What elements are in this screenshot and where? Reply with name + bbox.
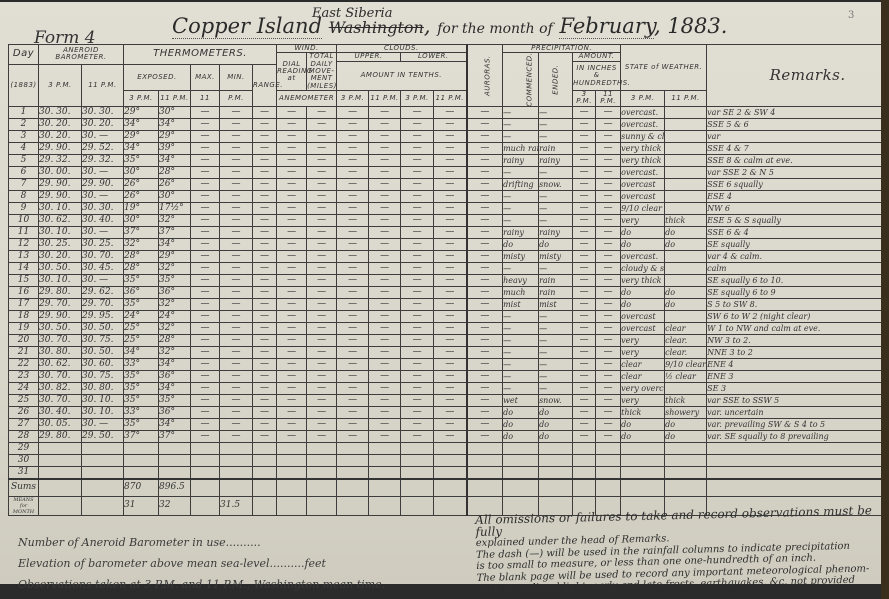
dash-cell: — [434,406,467,418]
cell-rem: var SSE to SSW 5 [707,394,889,406]
dash-cell: — [337,118,369,130]
cell-prec_e: snow. [539,394,573,406]
dash-cell: — [596,226,621,238]
dash-cell: — [191,418,220,430]
cell-prec_e: mist [539,298,573,310]
cell-t11: 32° [159,322,191,334]
dash-cell: — [220,406,253,418]
dash-cell: — [337,142,369,154]
dash-cell: — [401,238,434,250]
dash-cell: — [401,358,434,370]
dash-cell: — [307,106,337,118]
dash-cell: — [434,358,467,370]
cell-bar11: 30. — [82,226,124,238]
dash-cell: — [220,394,253,406]
cell-rem: SW 6 to W 2 (night clear) [707,310,889,322]
dash-cell: — [307,250,337,262]
cell-rem: var. SE squally to 8 prevailing [707,430,889,442]
dash-cell: — [573,274,596,286]
cell-t11 [159,466,191,479]
dash-cell: — [573,106,596,118]
cell-w3: very [621,334,665,346]
cell-w3: do [621,430,665,442]
dash-cell: — [434,154,467,166]
cell-bar3: 29. 90. [39,190,82,202]
cell-prec_c [503,454,539,466]
dash-cell: — [596,346,621,358]
cell-rem: var [707,130,889,142]
dash-cell: — [220,166,253,178]
month: February [559,14,654,39]
cell-t3: 35° [124,382,159,394]
cell-w3: very thick [621,142,665,154]
footer-instructions-right: All omissions or failures to take and re… [475,505,887,595]
dash-cell: — [573,238,596,250]
dash-cell: — [337,274,369,286]
dash-cell: — [253,382,277,394]
cell-prec_e: misty [539,250,573,262]
dash-cell [401,454,434,466]
dash-cell: — [467,142,503,154]
dash-cell: — [191,226,220,238]
cell-rem: SE squally [707,238,889,250]
dash-cell: — [596,262,621,274]
dash-cell: — [191,214,220,226]
cell-prec_c: — [503,106,539,118]
dash-cell: — [596,310,621,322]
dash-cell: — [434,418,467,430]
cell-bar11: 30. — [82,418,124,430]
cell-day: 30 [9,454,39,466]
dash-cell [220,442,253,454]
cell-rem: SE squally 6 to 10. [707,274,889,286]
cell-prec_c: do [503,430,539,442]
dash-cell: — [467,418,503,430]
cell-day: 27 [9,418,39,430]
col-lower-3pm: 3 P.M. [401,91,434,107]
cell-w11: do [665,286,707,298]
dash-cell: — [401,166,434,178]
table-row: 2230. 62.30. 60.33°34°——————————————clea… [9,358,889,370]
cell-prec_e: do [539,238,573,250]
cell-w11 [665,454,707,466]
cell-bar3: 29. 80. [39,430,82,442]
dash-cell: — [596,214,621,226]
dash-cell: — [277,106,307,118]
cell-bar11: 30. 45. [82,262,124,274]
cell-bar11: 30. 75. [82,334,124,346]
dash-cell: — [434,274,467,286]
cell-t11 [159,454,191,466]
cell-bar3 [39,442,82,454]
cell-w11 [665,166,707,178]
cell-bar11: 30. 25. [82,238,124,250]
dash-cell: — [369,430,401,442]
cell-day: 6 [9,166,39,178]
cell-prec_e: rain [539,286,573,298]
dash-cell [573,442,596,454]
cell-prec_c [503,466,539,479]
dash-cell: — [307,418,337,430]
cell-prec_c: — [503,358,539,370]
col-wx-11pm: 11 P.M. [665,91,707,107]
dash-cell: — [573,394,596,406]
cell-prec_e: rain [539,142,573,154]
dash-cell: — [307,166,337,178]
cell-bar11 [82,454,124,466]
dash-cell: — [401,346,434,358]
dash-cell: — [401,106,434,118]
cell-t11: 32° [159,298,191,310]
dash-cell: — [337,166,369,178]
cell-bar3 [39,454,82,466]
dash-cell [307,442,337,454]
dash-cell: — [191,130,220,142]
dash-cell: — [337,346,369,358]
cell-t3: 32° [124,238,159,250]
dash-cell: — [434,238,467,250]
sums-row: Sums 870 896.5 [9,479,889,497]
dash-cell: — [220,226,253,238]
cell-w3: overcast [621,310,665,322]
cell-t3: 28° [124,262,159,274]
cell-w3: do [621,286,665,298]
dash-cell: — [337,262,369,274]
dash-cell: — [337,178,369,190]
cell-t11: 30° [159,106,191,118]
cell-w3: very [621,346,665,358]
dash-cell: — [277,118,307,130]
dash-cell: — [253,370,277,382]
dash-cell: — [307,310,337,322]
dash-cell [191,466,220,479]
col-barometer: ANEROID BAROMETER. [39,45,124,65]
dash-cell: — [434,202,467,214]
dash-cell: — [467,322,503,334]
dash-cell: — [369,154,401,166]
dash-cell: — [369,322,401,334]
cell-prec_c: — [503,370,539,382]
cell-bar3: 30. 40. [39,406,82,418]
cell-prec_c: do [503,406,539,418]
table-row: 130. 30.30. 30.29°30°——————————————overc… [9,106,889,118]
dash-cell: — [434,286,467,298]
cell-w3 [621,466,665,479]
photo-background-edge [881,0,889,599]
cell-prec_c: — [503,166,539,178]
cell-w11 [665,118,707,130]
dash-cell: — [220,370,253,382]
dash-cell: — [277,346,307,358]
dash-cell: — [337,406,369,418]
dash-cell: — [337,418,369,430]
dash-cell: — [191,142,220,154]
cell-bar3: 30. 10. [39,202,82,214]
cell-t11: 37° [159,226,191,238]
dash-cell: — [369,190,401,202]
cell-t3 [124,454,159,466]
cell-rem [707,454,889,466]
dash-cell [337,466,369,479]
cell-rem: NNE 3 to 2 [707,346,889,358]
cell-bar3 [39,466,82,479]
cell-bar11: 30. — [82,166,124,178]
dash-cell [253,454,277,466]
year: 1883. [667,14,727,38]
cell-bar11: 30. 50. [82,346,124,358]
cell-w11 [665,202,707,214]
dash-cell: — [467,430,503,442]
table-row: 29 [9,442,889,454]
cell-t3: 29° [124,130,159,142]
dash-cell: — [401,322,434,334]
dash-cell: — [277,394,307,406]
cell-bar3: 29. 70. [39,298,82,310]
cell-prec_c [503,442,539,454]
cell-w3: overcast. [621,166,665,178]
cell-prec_c: — [503,346,539,358]
cell-t11: 28° [159,334,191,346]
cell-bar11: 30. 10. [82,394,124,406]
cell-prec_c: heavy [503,274,539,286]
dash-cell: — [369,262,401,274]
dash-cell: — [573,322,596,334]
dash-cell: — [220,358,253,370]
cell-day: 15 [9,274,39,286]
cell-prec_e: — [539,382,573,394]
cell-w11: do [665,226,707,238]
dash-cell [401,442,434,454]
cell-bar3: 30. 62. [39,358,82,370]
cell-t3: 35° [124,298,159,310]
dash-cell: — [467,394,503,406]
cell-w3: very thick [621,274,665,286]
cell-rem: var. prevailing SW & S 4 to 5 [707,418,889,430]
dash-cell: — [573,418,596,430]
dash-cell: — [191,382,220,394]
dash-cell: — [467,298,503,310]
cell-bar11: 30. — [82,274,124,286]
dash-cell [596,454,621,466]
dash-cell [277,454,307,466]
dash-cell: — [191,346,220,358]
cell-w3: overcast [621,178,665,190]
cell-bar3: 30. 70. [39,394,82,406]
col-amount-tenths: AMOUNT IN TENTHS. [337,61,467,90]
dash-cell: — [253,394,277,406]
dash-cell: — [191,238,220,250]
dash-cell: — [191,310,220,322]
cell-prec_e: — [539,346,573,358]
station-name: Copper Island [172,14,322,39]
cell-bar3: 30. 05. [39,418,82,430]
dash-cell: — [467,310,503,322]
dash-cell: — [337,322,369,334]
cell-day: 12 [9,238,39,250]
cell-bar11: 30. 75. [82,370,124,382]
cell-w11: do [665,430,707,442]
cell-day: 1 [9,106,39,118]
table-row: 2330. 70.30. 75.35°36°——————————————clea… [9,370,889,382]
cell-prec_e: rainy [539,154,573,166]
cell-t3: 35° [124,154,159,166]
cell-t11: 32° [159,214,191,226]
cell-prec_c: — [503,334,539,346]
dash-cell: — [573,154,596,166]
dash-cell: — [467,358,503,370]
cell-t11: 34° [159,382,191,394]
dash-cell: — [307,202,337,214]
dash-cell: — [220,334,253,346]
dash-cell: — [220,310,253,322]
table-row: 2030. 70.30. 75.25°28°——————————————very… [9,334,889,346]
dash-cell: — [467,346,503,358]
cell-rem: NW 6 [707,202,889,214]
cell-prec_e [539,454,573,466]
dash-cell: — [337,334,369,346]
table-row: 1430. 50.30. 45.28°32°——————————————clou… [9,262,889,274]
dash-cell: — [277,262,307,274]
dash-cell: — [434,322,467,334]
table-row: 31 [9,466,889,479]
dash-cell: — [434,178,467,190]
dash-cell: — [369,394,401,406]
dash-cell: — [253,262,277,274]
dash-cell: — [573,334,596,346]
dash-cell: — [337,430,369,442]
dash-cell: — [277,178,307,190]
cell-bar11: 29. 50. [82,430,124,442]
dash-cell: — [253,298,277,310]
dash-cell: — [467,166,503,178]
cell-t11: 36° [159,370,191,382]
dash-cell: — [253,310,277,322]
dash-cell: — [596,178,621,190]
dash-cell: — [220,154,253,166]
dash-cell: — [307,190,337,202]
col-min-pm: P.M. [220,91,253,107]
cell-prec_c: — [503,310,539,322]
dash-cell: — [253,286,277,298]
cell-w11: 9/10 clear. [665,358,707,370]
dash-cell: — [220,142,253,154]
dash-cell: — [277,382,307,394]
dash-cell: — [277,310,307,322]
dash-cell: — [277,406,307,418]
dash-cell: — [337,154,369,166]
cell-day: 9 [9,202,39,214]
cell-w3: overcast. [621,118,665,130]
col-ended: ENDED. [539,53,573,106]
cell-day: 24 [9,382,39,394]
dash-cell: — [467,334,503,346]
cell-rem: SE squally 6 to 9 [707,286,889,298]
dash-cell: — [467,262,503,274]
table-row: 1629. 80.29. 62.36°36°——————————muchrain… [9,286,889,298]
cell-t3: 30° [124,166,159,178]
cell-prec_e: — [539,310,573,322]
dash-cell: — [277,370,307,382]
cell-w3: sunny & clear [621,130,665,142]
dash-cell: — [434,214,467,226]
cell-bar11: 30. 30. [82,202,124,214]
table-row: 429. 90.29. 52.34°39°——————————much rain… [9,142,889,154]
cell-w11 [665,310,707,322]
cell-prec_e: do [539,430,573,442]
dash-cell: — [220,178,253,190]
cell-prec_e: — [539,190,573,202]
cell-w11 [665,442,707,454]
table-row: 230. 20.30. 20.34°34°——————————————overc… [9,118,889,130]
cell-bar3: 29. 90. [39,310,82,322]
dash-cell: — [220,250,253,262]
dash-cell: — [401,250,434,262]
dash-cell [434,466,467,479]
dash-cell: — [337,394,369,406]
dash-cell: — [277,418,307,430]
dash-cell: — [596,394,621,406]
cell-day: 18 [9,310,39,322]
dash-cell [467,454,503,466]
cell-t3: 34° [124,142,159,154]
dash-cell: — [191,286,220,298]
dash-cell: — [573,310,596,322]
dash-cell: — [307,370,337,382]
dash-cell: — [220,418,253,430]
cell-day: 26 [9,406,39,418]
dash-cell: — [191,262,220,274]
dash-cell: — [573,286,596,298]
dash-cell: — [467,118,503,130]
col-exp-3pm: 3 P.M. [124,91,159,107]
cell-t11: 34° [159,358,191,370]
dash-cell: — [253,118,277,130]
dash-cell: — [253,322,277,334]
dash-cell: — [434,166,467,178]
dash-cell: — [434,370,467,382]
dash-cell: — [253,202,277,214]
cell-bar11: 30. — [82,130,124,142]
col-exp-11pm: 11 P.M. [159,91,191,107]
dash-cell: — [337,250,369,262]
dash-cell: — [467,226,503,238]
cell-prec_c: much [503,286,539,298]
cell-bar11: 30. — [82,190,124,202]
dash-cell: — [573,118,596,130]
cell-prec_c: wet [503,394,539,406]
dash-cell: — [369,382,401,394]
table-row: 2829. 80.29. 50.37°37°——————————dodo——do… [9,430,889,442]
dash-cell: — [277,274,307,286]
dash-cell: — [253,166,277,178]
cell-w3: overcast [621,190,665,202]
dash-cell [573,454,596,466]
cell-w11: clear. [665,346,707,358]
dash-cell: — [191,166,220,178]
dash-cell: — [596,142,621,154]
cell-day: 4 [9,142,39,154]
dash-cell: — [307,226,337,238]
dash-cell: — [307,358,337,370]
cell-w11 [665,130,707,142]
dash-cell: — [277,298,307,310]
dash-cell: — [573,178,596,190]
dash-cell: — [337,238,369,250]
dash-cell: — [277,142,307,154]
col-total-daily: TOTAL DAILY MOVE-MENT (MILES) [307,53,337,91]
cell-rem: ENE 4 [707,358,889,370]
dash-cell: — [253,130,277,142]
